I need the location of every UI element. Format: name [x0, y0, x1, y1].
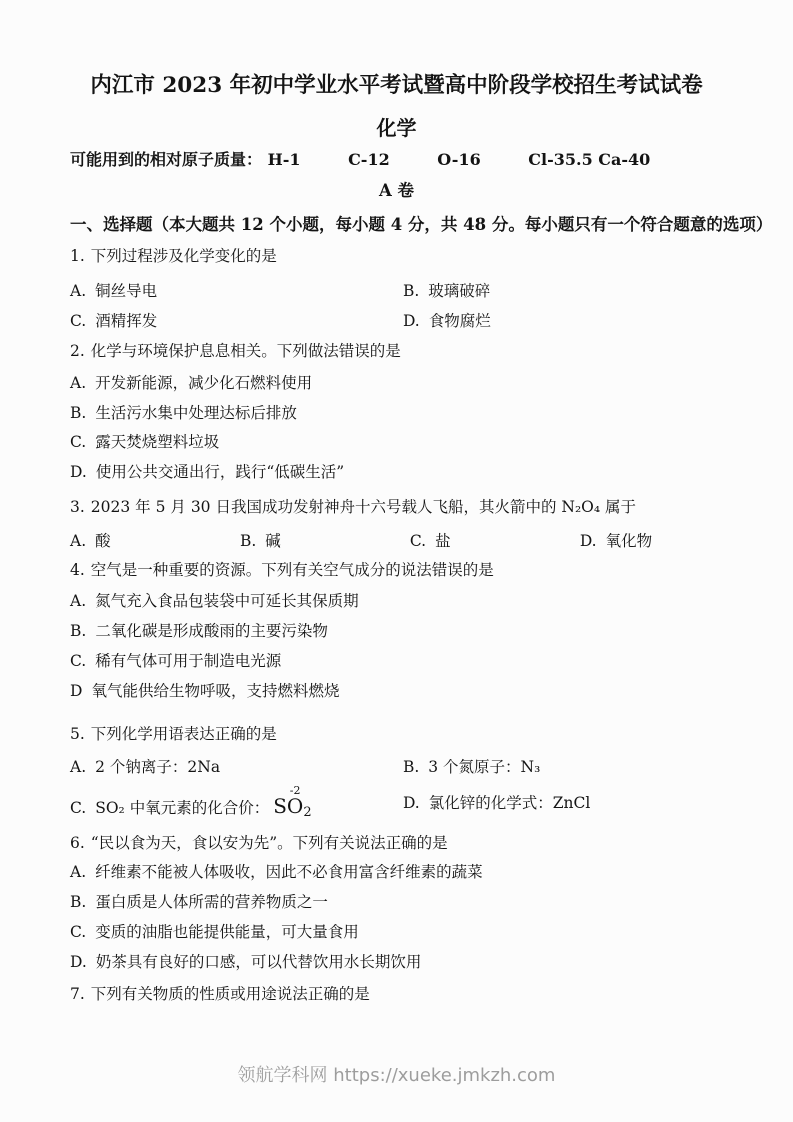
option-label: D. [70, 953, 87, 971]
atomic-mass-label: 可能用到的相对原子质量： [70, 150, 262, 169]
question-stem-text: 2023 年 5 月 30 日我国成功发射神舟十六号载人飞船，其火箭中的 N₂O… [91, 498, 636, 516]
question-1-options-row-1: A.铜丝导电 B.玻璃破碎 [70, 281, 753, 301]
option-label: D [70, 682, 82, 700]
question-4-option-a: A.氮气充入食品包装袋中可延长其保质期 [70, 591, 753, 611]
exam-title: 内江市 2023 年初中学业水平考试暨高中阶段学校招生考试试卷 [0, 73, 793, 99]
atomic-mass-item: Cl-35.5 Ca-40 [528, 150, 650, 169]
question-number: 7. [70, 985, 85, 1003]
atomic-mass-item: O-16 [437, 150, 480, 169]
option-label: A. [70, 592, 86, 610]
question-stem-text: 下列有关物质的性质或用途说法正确的是 [91, 985, 370, 1003]
volume-label-text: A 卷 [379, 181, 414, 200]
question-5-options-row-1: A.2 个钠离子：2Na B.3 个氮原子：N₃ [70, 757, 753, 777]
question-1-options-row-2: C.酒精挥发 D.食物腐烂 [70, 311, 753, 331]
question-number: 4. [70, 561, 85, 579]
question-1-option-d: D.食物腐烂 [403, 311, 491, 331]
question-3-option-a: A.酸 [70, 531, 235, 551]
option-label: C. [70, 923, 86, 941]
formula-oxygen: O [287, 796, 303, 816]
question-5-options-row-2: C.SO₂ 中氧元素的化合价：S-2O2 D.氯化锌的化学式：ZnCl [70, 786, 753, 825]
option-label: B. [70, 404, 86, 422]
question-3-options-row: A.酸 B.碱 C.盐 D.氧化物 [70, 531, 753, 551]
question-number: 2. [70, 342, 85, 360]
question-stem-text: “民以食为天，食以安为先”。下列有关说法正确的是 [91, 834, 448, 852]
section-header-text: 一、选择题（本大题共 12 个小题，每小题 4 分，共 48 分。每小题只有一个… [70, 215, 772, 234]
option-text: 开发新能源，减少化石燃料使用 [95, 374, 312, 392]
option-text: 纤维素不能被人体吸收，因此不必食用富含纤维素的蔬菜 [95, 863, 483, 881]
atomic-mass-item: H-1 [268, 150, 301, 169]
section-header: 一、选择题（本大题共 12 个小题，每小题 4 分，共 48 分。每小题只有一个… [70, 214, 753, 235]
question-7-stem: 7.下列有关物质的性质或用途说法正确的是 [70, 984, 753, 1004]
option-text: SO₂ 中氧元素的化合价： [95, 799, 269, 817]
question-stem-text: 下列化学用语表达正确的是 [91, 725, 277, 743]
option-text: 酒精挥发 [95, 312, 157, 330]
option-label: A. [70, 758, 86, 776]
option-label: A. [70, 282, 86, 300]
question-number: 3. [70, 498, 85, 516]
question-2-option-a: A.开发新能源，减少化石燃料使用 [70, 373, 753, 393]
watermark-text: 领航学科网 https://xueke.jmkzh.com [238, 1065, 556, 1086]
option-text: 3 个氮原子：N₃ [428, 758, 540, 776]
question-3-option-c: C.盐 [410, 531, 575, 551]
option-label: C. [410, 532, 426, 550]
question-2-option-d: D.使用公共交通出行，践行“低碳生活” [70, 462, 753, 482]
atomic-mass-item: C-12 [348, 150, 390, 169]
question-1-stem: 1.下列过程涉及化学变化的是 [70, 246, 753, 266]
question-6-stem: 6.“民以食为天，食以安为先”。下列有关说法正确的是 [70, 833, 753, 853]
question-1-option-a: A.铜丝导电 [70, 281, 398, 301]
option-text: 盐 [435, 532, 451, 550]
option-label: C. [70, 312, 86, 330]
formula-sulfur: S [273, 796, 287, 816]
option-text: 玻璃破碎 [428, 282, 490, 300]
option-label: D. [580, 532, 597, 550]
question-2-option-b: B.生活污水集中处理达标后排放 [70, 403, 753, 423]
option-text: 碱 [265, 532, 281, 550]
option-label: A. [70, 532, 86, 550]
question-number: 6. [70, 834, 85, 852]
option-text: 铜丝导电 [95, 282, 157, 300]
option-label: C. [70, 433, 86, 451]
question-number: 1. [70, 247, 85, 265]
option-text: 稀有气体可用于制造电光源 [95, 652, 281, 670]
option-text: 氮气充入食品包装袋中可延长其保质期 [95, 592, 359, 610]
question-5-option-d: D.氯化锌的化学式：ZnCl [403, 786, 590, 820]
option-text: 蛋白质是人体所需的营养物质之一 [95, 893, 328, 911]
question-stem-text: 下列过程涉及化学变化的是 [91, 247, 277, 265]
question-6-option-b: B.蛋白质是人体所需的营养物质之一 [70, 892, 753, 912]
question-5-option-b: B.3 个氮原子：N₃ [403, 757, 540, 777]
option-text: 露天焚烧塑料垃圾 [95, 433, 219, 451]
volume-label: A 卷 [0, 181, 793, 201]
question-2-stem: 2.化学与环境保护息息相关。下列做法错误的是 [70, 341, 753, 361]
option-label: D. [70, 463, 87, 481]
question-4-option-c: C.稀有气体可用于制造电光源 [70, 651, 753, 671]
valence-formula: S-2O2 [273, 786, 311, 816]
exam-title-text: 内江市 2023 年初中学业水平考试暨高中阶段学校招生考试试卷 [90, 73, 702, 98]
watermark: 领航学科网 https://xueke.jmkzh.com [0, 1066, 793, 1086]
option-text: 生活污水集中处理达标后排放 [95, 404, 297, 422]
question-3-option-d: D.氧化物 [580, 531, 652, 551]
question-1-option-b: B.玻璃破碎 [403, 281, 490, 301]
question-2-option-c: C.露天焚烧塑料垃圾 [70, 432, 753, 452]
question-stem-text: 化学与环境保护息息相关。下列做法错误的是 [91, 342, 401, 360]
option-text: 氧气能供给生物呼吸，支持燃料燃烧 [91, 682, 339, 700]
option-label: B. [70, 893, 86, 911]
option-label: B. [240, 532, 256, 550]
option-label: D. [403, 794, 420, 812]
option-label: B. [70, 622, 86, 640]
option-text: 变质的油脂也能提供能量，可大量食用 [95, 923, 359, 941]
formula-oxygen-stack: -2O [287, 786, 303, 816]
option-label: A. [70, 374, 86, 392]
subject-title: 化学 [0, 116, 793, 141]
option-text: 2 个钠离子：2Na [95, 758, 220, 776]
option-label: C. [70, 652, 86, 670]
question-3-stem: 3.2023 年 5 月 30 日我国成功发射神舟十六号载人飞船，其火箭中的 N… [70, 497, 753, 517]
option-text: 使用公共交通出行，践行“低碳生活” [96, 463, 344, 481]
question-4-option-d: D氧气能供给生物呼吸，支持燃料燃烧 [70, 681, 753, 701]
question-6-option-a: A.纤维素不能被人体吸收，因此不必食用富含纤维素的蔬菜 [70, 862, 753, 882]
option-text: 酸 [95, 532, 111, 550]
question-6-option-c: C.变质的油脂也能提供能量，可大量食用 [70, 922, 753, 942]
option-text: 二氧化碳是形成酸雨的主要污染物 [95, 622, 328, 640]
question-number: 5. [70, 725, 85, 743]
atomic-mass-line: 可能用到的相对原子质量： H-1 C-12 O-16 Cl-35.5 Ca-40 [70, 150, 753, 170]
question-5-stem: 5.下列化学用语表达正确的是 [70, 724, 753, 744]
option-label: C. [70, 799, 86, 817]
option-label: B. [403, 758, 419, 776]
option-text: 氧化物 [606, 532, 653, 550]
question-3-option-b: B.碱 [240, 531, 405, 551]
option-label: D. [403, 312, 420, 330]
question-5-option-c: C.SO₂ 中氧元素的化合价：S-2O2 [70, 786, 398, 825]
question-stem-text: 空气是一种重要的资源。下列有关空气成分的说法错误的是 [91, 561, 494, 579]
option-label: A. [70, 863, 86, 881]
exam-document-page: 内江市 2023 年初中学业水平考试暨高中阶段学校招生考试试卷 化学 可能用到的… [0, 0, 793, 1122]
subject-title-text: 化学 [377, 116, 417, 140]
option-text: 奶茶具有良好的口感，可以代替饮用水长期饮用 [96, 953, 422, 971]
question-4-option-b: B.二氧化碳是形成酸雨的主要污染物 [70, 621, 753, 641]
option-text: 氯化锌的化学式：ZnCl [429, 794, 591, 812]
option-label: B. [403, 282, 419, 300]
question-4-stem: 4.空气是一种重要的资源。下列有关空气成分的说法错误的是 [70, 560, 753, 580]
question-5-option-a: A.2 个钠离子：2Na [70, 757, 398, 777]
question-1-option-c: C.酒精挥发 [70, 311, 398, 331]
question-6-option-d: D.奶茶具有良好的口感，可以代替饮用水长期饮用 [70, 952, 753, 972]
option-text: 食物腐烂 [429, 312, 491, 330]
formula-subscript: 2 [303, 807, 311, 819]
